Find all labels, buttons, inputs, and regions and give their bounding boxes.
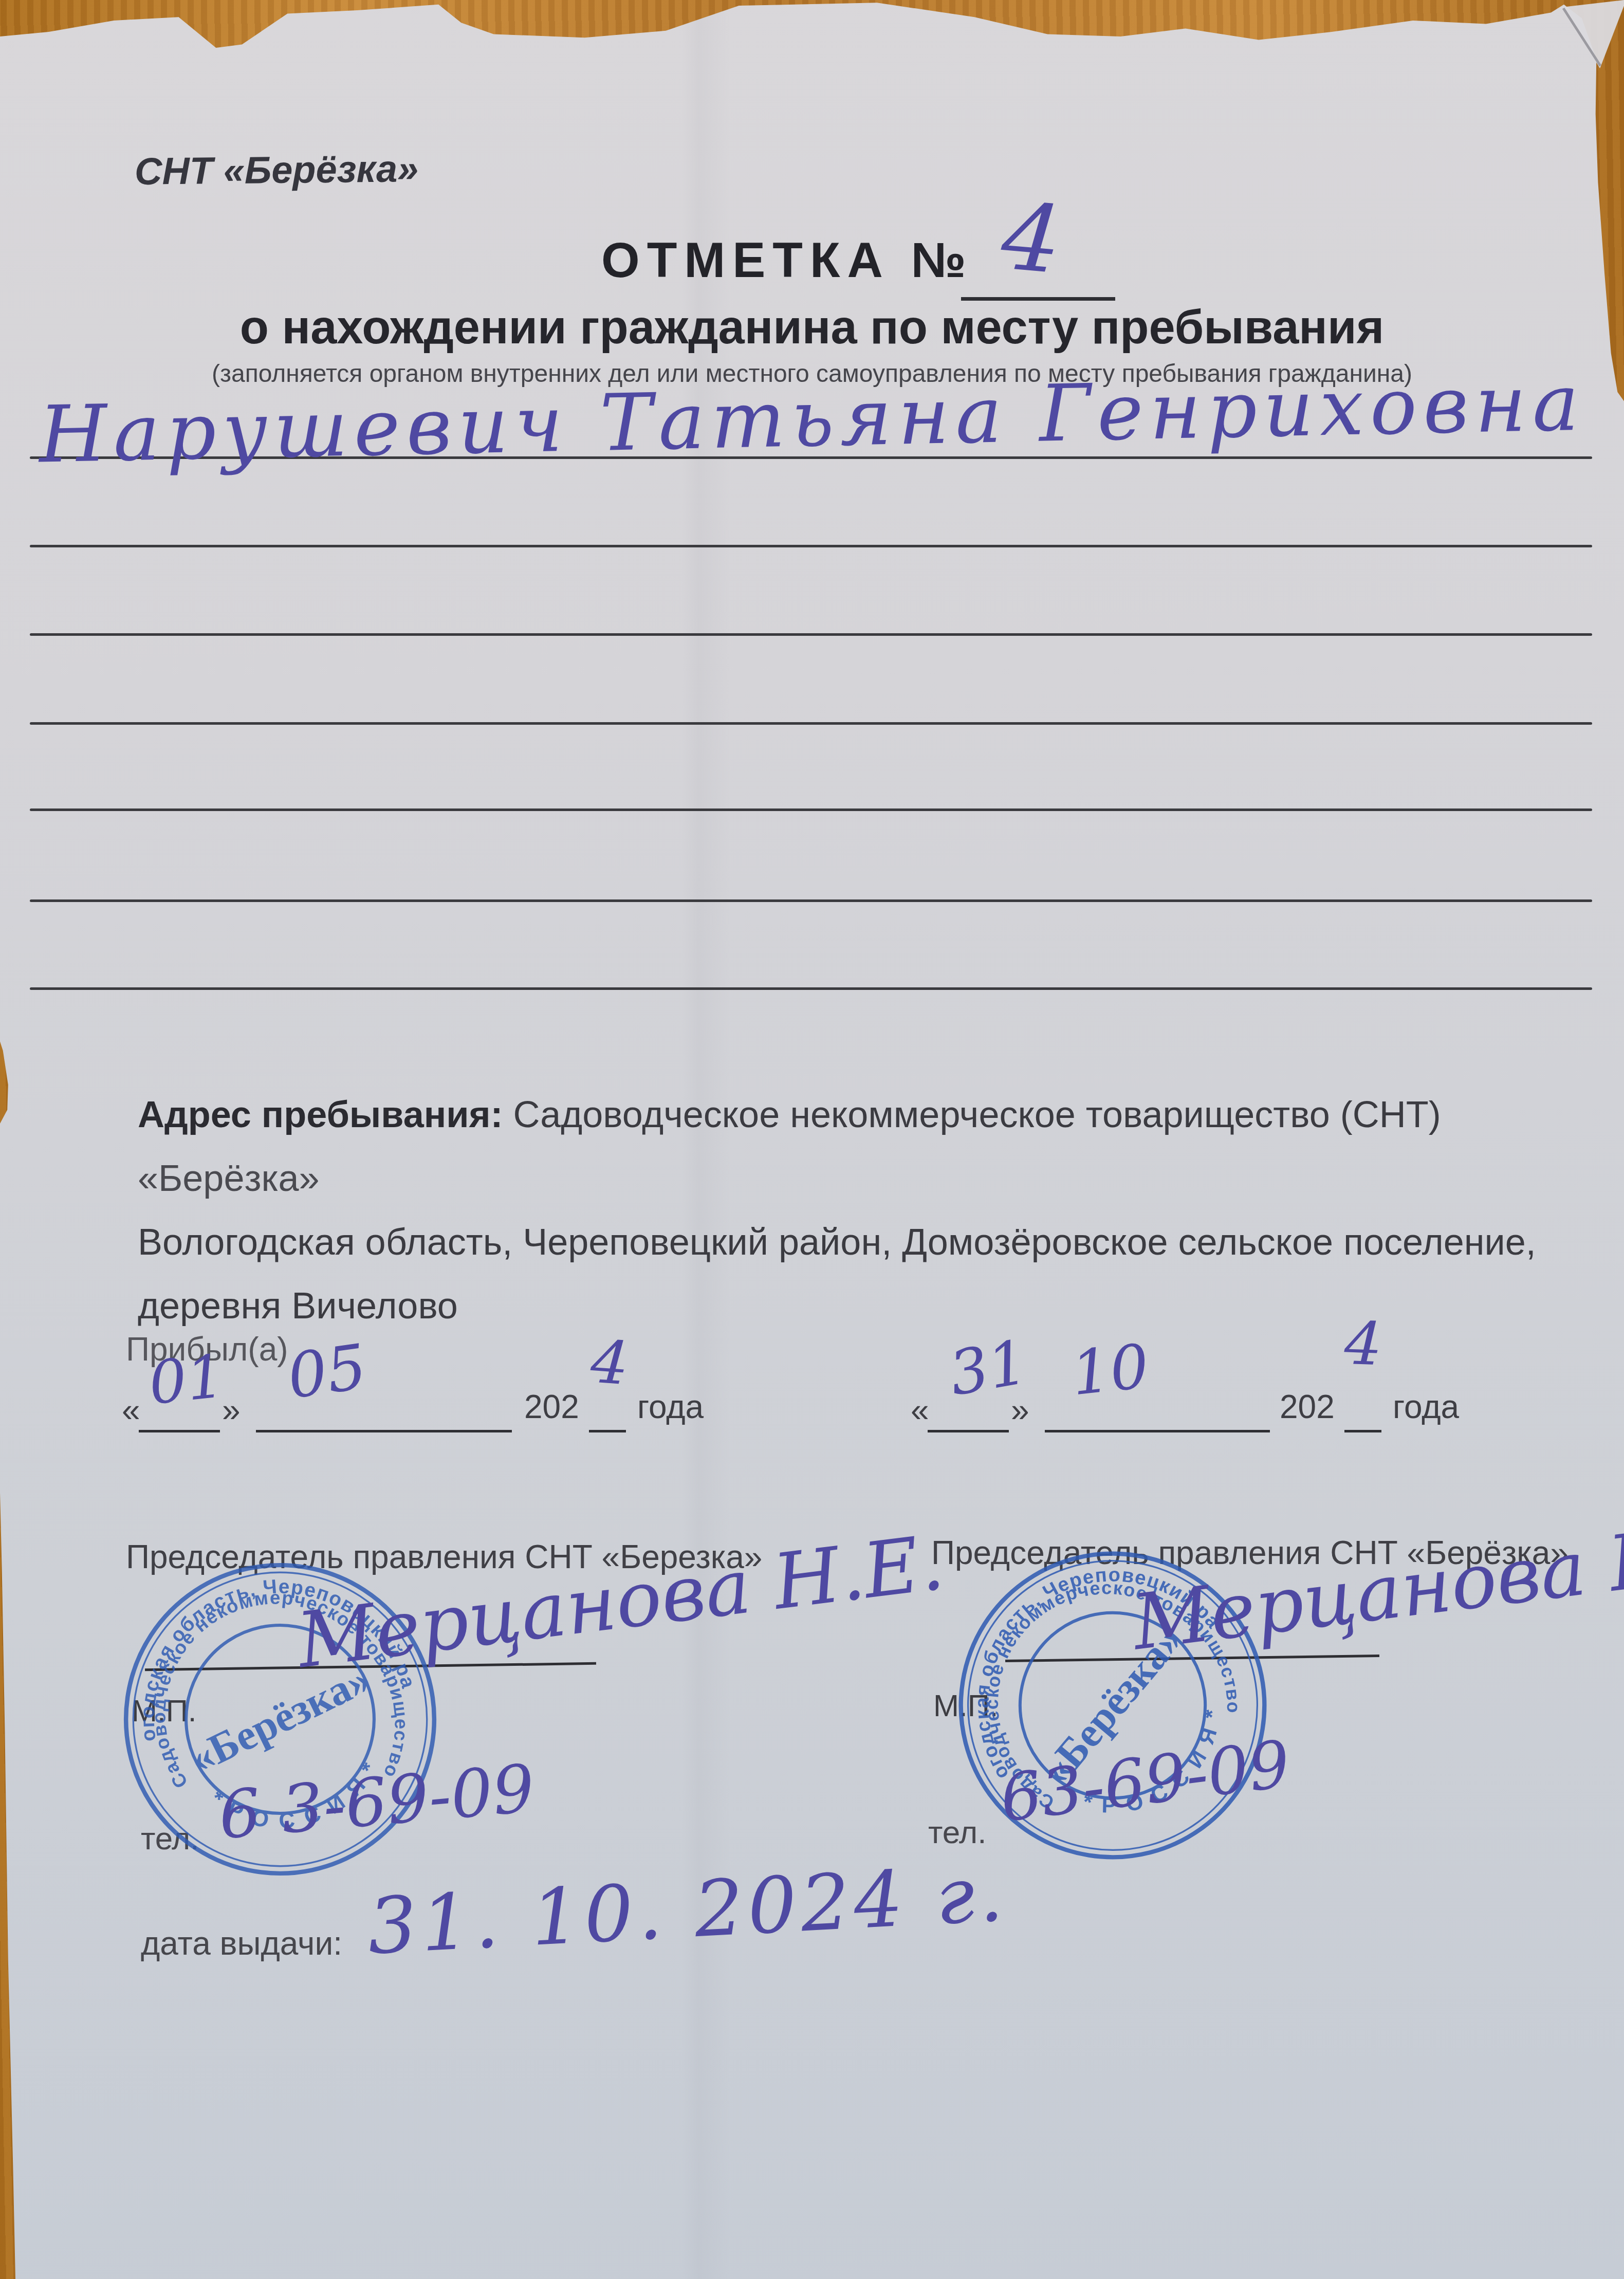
from-month-handwritten: 05 <box>283 1331 371 1413</box>
address-line-1: Адрес пребывания: Садоводческое некоммер… <box>138 1094 1441 1136</box>
to-quote-open: « <box>911 1391 929 1429</box>
address-line-3: Вологодская область, Череповецкий район,… <box>138 1221 1536 1263</box>
address-label: Адрес пребывания: <box>138 1094 503 1135</box>
from-year-line <box>589 1430 626 1432</box>
phone-label-right: тел. <box>928 1814 987 1851</box>
to-day-handwritten: 31 <box>944 1326 1032 1409</box>
from-month-line <box>256 1430 512 1432</box>
form-title: ОТМЕТКА № <box>601 232 973 289</box>
to-year-suffix: года <box>1393 1388 1459 1426</box>
address-value-1: Садоводческое некоммерческое товариществ… <box>503 1094 1441 1135</box>
from-day-handwritten: 01 <box>145 1342 228 1419</box>
form-number-line <box>961 297 1115 301</box>
from-year-digit-handwritten: 4 <box>588 1328 631 1399</box>
round-stamp-left <box>79 1518 482 1921</box>
address-line-2: «Берёзка» <box>138 1157 320 1200</box>
issue-date-label: дата выдачи: <box>141 1924 342 1962</box>
photo-of-document: СНТ «Берёзка» ОТМЕТКА № 4 о нахождении г… <box>0 0 1624 2279</box>
to-day-line <box>928 1430 1009 1432</box>
to-month-handwritten: 10 <box>1068 1331 1152 1409</box>
to-year-line <box>1344 1430 1381 1432</box>
form-subtitle: о нахождении гражданина по месту пребыва… <box>0 301 1624 355</box>
to-year-digit-handwritten: 4 <box>1343 1309 1383 1379</box>
from-quote-open: « <box>122 1391 140 1429</box>
from-day-line <box>139 1430 220 1432</box>
form-number-handwritten: 4 <box>998 182 1065 295</box>
to-year-prefix: 202 <box>1280 1388 1335 1426</box>
address-line-4: деревня Вичелово <box>138 1285 458 1327</box>
from-year-prefix: 202 <box>524 1388 579 1426</box>
from-year-suffix: года <box>637 1388 704 1426</box>
letterhead: СНТ «Берёзка» <box>135 146 419 193</box>
to-month-line <box>1045 1430 1270 1432</box>
